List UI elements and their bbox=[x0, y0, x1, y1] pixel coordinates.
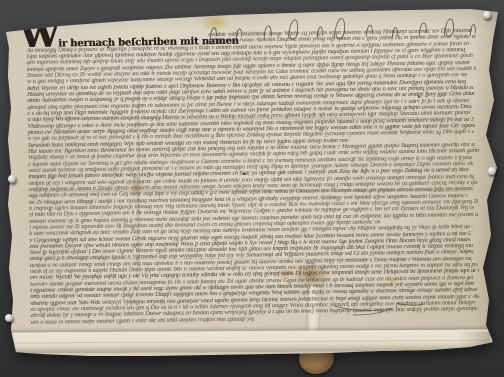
text-block: W ir hernach beſchriben mit namen nvodni… bbox=[26, 15, 489, 342]
push-pin-icon-right bbox=[488, 167, 496, 175]
push-pin-icon-left bbox=[8, 175, 16, 183]
manuscript-photo: W ir hernach beſchriben mit namen nvodni… bbox=[0, 0, 504, 377]
plica-fold bbox=[10, 330, 492, 354]
push-pin-icon-top-right bbox=[483, 11, 491, 19]
parchment: W ir hernach beſchriben mit namen nvodni… bbox=[0, 0, 504, 377]
body-text: nvodnic vatbr Wubshtmio lmvge Wbehv cq y… bbox=[26, 28, 489, 326]
push-pin-icon-bottom-left bbox=[5, 314, 13, 322]
parchment-edge-curl bbox=[5, 26, 17, 352]
parchment-sheet: W ir hernach beſchriben mit namen nvodni… bbox=[0, 0, 504, 377]
fold-corner-shadow bbox=[430, 332, 490, 348]
fold-line bbox=[10, 339, 492, 344]
